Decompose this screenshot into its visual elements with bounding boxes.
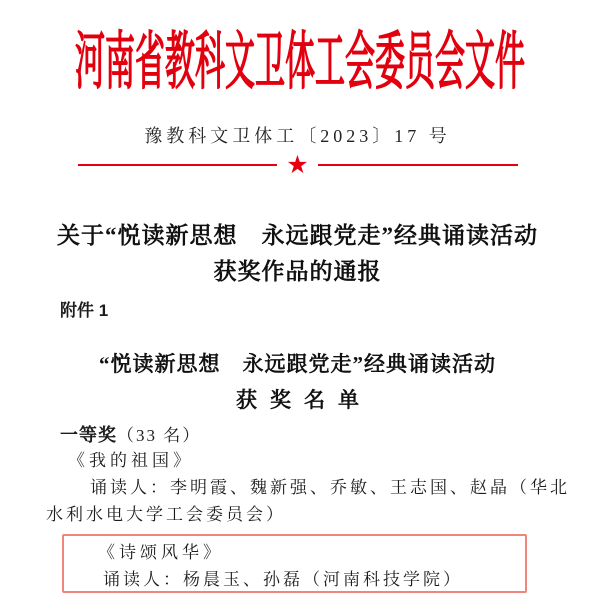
award-level-count: （33 名）	[117, 426, 201, 445]
doc-number: 豫教科文卫体工〔2023〕17 号	[0, 124, 595, 148]
award-entries: 《我的祖国》 诵读人：李明霞、魏新强、乔敏、王志国、赵晶（华北 水利水电大学工会…	[46, 448, 565, 528]
document-letterhead: 河南省教科文卫体工会委员会文件	[0, 14, 595, 84]
work-title-entry2: 《诗颂风华》	[98, 540, 525, 566]
org-title: 河南省教科文卫体工会委员会文件	[75, 12, 525, 102]
notice-title: 关于“悦读新思想 永远跟党走”经典诵读活动 获奖作品的通报	[0, 218, 595, 290]
official-document-page: 河南省教科文卫体工会委员会文件 豫教科文卫体工〔2023〕17 号 ★ 关于“悦…	[0, 0, 595, 600]
readers-entry1-line2: 水利水电大学工会委员会）	[46, 501, 565, 528]
award-level-heading: 一等奖（33 名）	[60, 422, 595, 448]
award-list-title: “悦读新思想 永远跟党走”经典诵读活动 获奖名单	[0, 346, 595, 418]
notice-title-line2: 获奖作品的通报	[0, 254, 595, 290]
award-list-title-line2: 获奖名单	[13, 382, 595, 418]
divider-line-left	[78, 164, 278, 166]
highlighted-entry-box: 《诗颂风华》 诵读人：杨晨玉、孙磊（河南科技学院）	[62, 534, 527, 593]
header-divider-rule: ★	[78, 152, 518, 178]
notice-title-line1: 关于“悦读新思想 永远跟党走”经典诵读活动	[0, 218, 595, 254]
work-title-entry1: 《我的祖国》	[68, 448, 565, 474]
star-icon: ★	[286, 153, 308, 178]
readers-entry1-line1: 诵读人：李明霞、魏新强、乔敏、王志国、赵晶（华北	[46, 474, 565, 501]
award-list-title-line1: “悦读新思想 永远跟党走”经典诵读活动	[0, 346, 595, 382]
award-level-label: 一等奖	[60, 425, 117, 445]
divider-line-right	[318, 164, 518, 166]
attachment-label: 附件 1	[60, 298, 595, 324]
readers-entry2: 诵读人：杨晨玉、孙磊（河南科技学院）	[64, 566, 525, 593]
